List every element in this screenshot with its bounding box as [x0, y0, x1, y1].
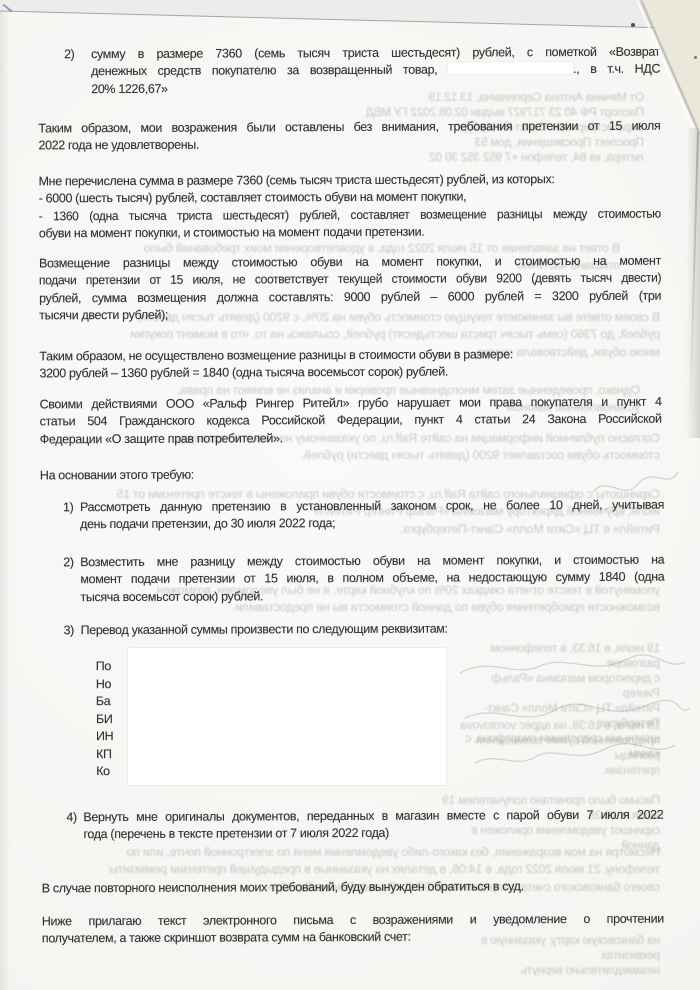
line: обуви на момент покупки, и стоимостью на… [39, 223, 661, 243]
list-number: 2) [64, 46, 74, 63]
redaction-box [448, 62, 573, 75]
line: Таким образом, мои возражения были остав… [38, 118, 660, 138]
redaction-box [128, 648, 446, 785]
document-scan: 2) сумму в размере 7360 (семь тысяч трис… [0, 0, 700, 990]
line: подачи претензии от 15 июля, не соответс… [39, 270, 661, 290]
line-text: ., в т.ч. НДС [573, 62, 660, 76]
list-number: 3) [64, 622, 74, 639]
line: На основании этого требую: [40, 465, 662, 485]
paragraph-requirement-3: 3) Перевод указанной суммы произвести по… [64, 620, 665, 640]
paragraph-requirement-1: 1) Рассмотреть данную претензию в устано… [63, 497, 664, 534]
line: Рассмотреть данную претензию в установле… [80, 497, 664, 517]
line: - 1360 (одна тысяча триста шестьдесят) р… [39, 205, 661, 225]
paragraph: Мне перечислена сумма в размере 7360 (се… [39, 171, 661, 243]
line: 20% 1226,67» [91, 78, 660, 98]
line: Федерации «О защите прав потребителей». [40, 428, 662, 448]
line: 2022 года не удовлетворены. [38, 135, 660, 155]
paragraph: Таким образом, не осуществлено возмещени… [39, 346, 661, 384]
list-number: 4) [66, 809, 76, 826]
line: тысяча восемьсот сорок) рублей. [80, 586, 664, 606]
ink-speck [694, 56, 697, 59]
paragraph-requirement-2: 2) Возместить мне разницу между стоимост… [63, 552, 664, 607]
line: Ниже прилагаю текст электронного письма … [42, 911, 664, 931]
paragraph-requirement-4: 4) Вернуть мне оригиналы документов, пер… [66, 807, 665, 844]
list-number: 2) [63, 554, 73, 571]
line: рублей, сумма возмещения должна составля… [39, 287, 661, 307]
line: В случае повторного неисполнения моих тр… [42, 878, 664, 898]
line: денежных средств покупателю за возвращен… [91, 61, 660, 81]
line: Перевод указанной суммы произвести по сл… [81, 620, 665, 640]
paragraph: Ниже прилагаю текст электронного письма … [42, 911, 664, 949]
paragraph: На основании этого требую: [40, 465, 662, 485]
paragraph: Возмещение разницы между стоимостью обув… [39, 253, 661, 325]
paragraph: Своими действиями ООО «Ральф Рингер Рите… [40, 394, 662, 449]
paragraph: В случае повторного неисполнения моих тр… [42, 878, 664, 898]
ink-dot [631, 23, 635, 27]
line: тысячи двести рублей); [39, 305, 661, 325]
line: статьи 504 Гражданского кодекса Российск… [40, 411, 662, 431]
paragraph-item-2-top: 2) сумму в размере 7360 (семь тысяч трис… [64, 44, 660, 99]
line: 3200 рублей – 1360 рублей = 1840 (одна т… [39, 363, 661, 383]
line: день подачи претензии, до 30 июля 2022 г… [80, 514, 664, 534]
scan-left-shadow [0, 0, 10, 990]
line-text: денежных средств покупателю за возвращен… [91, 63, 437, 79]
line: Вернуть мне оригиналы документов, переда… [83, 807, 663, 827]
paragraph: Таким образом, мои возражения были остав… [38, 118, 660, 156]
line: получателем, а также скриншот возврата с… [42, 928, 664, 948]
list-number: 1) [63, 499, 73, 516]
line: момент подачи претензии от 15 июля, в по… [80, 569, 664, 589]
scanned-claim-page: { "doc": { "item_top": { "num": "2)", "l… [0, 0, 700, 990]
line: года (перечень в тексте претензии от 7 и… [83, 824, 663, 844]
